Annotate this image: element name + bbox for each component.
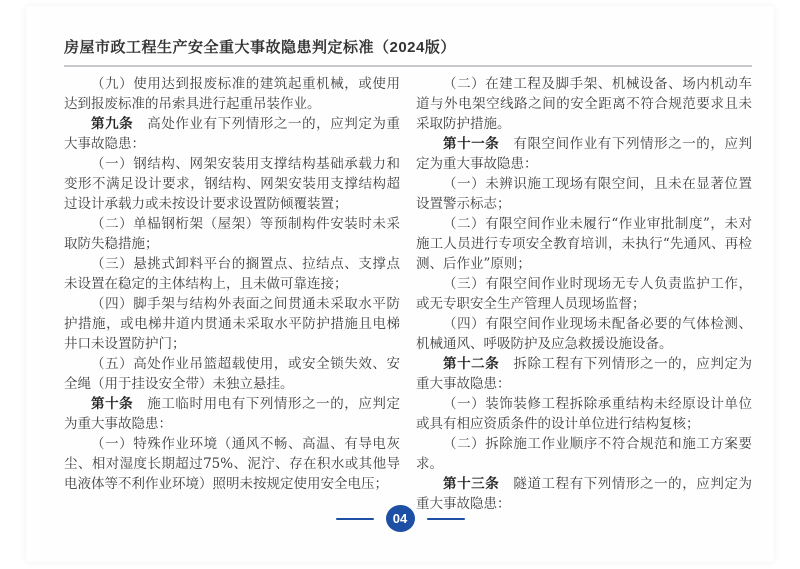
paragraph: （四）有限空间作业现场未配备必要的气体检测、机械通风、呼吸防护及应急救援设施设备… [416,314,752,354]
paragraph: 第十一条 有限空间作业有下列情形之一的，应判定为重大事故隐患： [416,134,752,174]
header-rule [64,65,752,67]
document-footer: 04 [26,505,774,532]
text-columns: （九）使用达到报废标准的建筑起重机械，或使用达到报废标准的吊索具进行起重吊装作业… [64,74,752,514]
page-number-badge: 04 [386,505,415,532]
paragraph: 第十二条 拆除工程有下列情形之一的，应判定为重大事故隐患： [416,354,752,394]
document-title: 房屋市政工程生产安全重大事故隐患判定标准（2024版） [64,36,746,57]
article-heading: 第十一条 [443,136,499,151]
dash-left-icon [336,518,374,520]
paragraph: （二）拆除施工作业顺序不符合规范和施工方案要求。 [416,434,752,474]
column-right: （二）在建工程及脚手架、机械设备、场内机动车道与外电架空线路之间的安全距离不符合… [416,74,752,514]
article-heading: 第十二条 [443,356,499,371]
paragraph: （一）特殊作业环境（通风不畅、高温、有导电灰尘、相对湿度长期超过75%、泥泞、存… [64,434,400,494]
paragraph: （一）未辨识施工现场有限空间，且未在显著位置设置警示标志； [416,174,752,214]
document-page: 房屋市政工程生产安全重大事故隐患判定标准（2024版） （九）使用达到报废标准的… [26,6,774,562]
article-heading: 第九条 [91,116,133,131]
document-header: 房屋市政工程生产安全重大事故隐患判定标准（2024版） [64,36,746,67]
article-heading: 第十三条 [443,476,499,491]
dash-right-icon [427,518,465,520]
scanned-document-page: { "header": { "title": "房屋市政工程生产安全重大事故隐患… [0,0,800,569]
paragraph: （五）高处作业吊篮超载使用，或安全锁失效、安全绳（用于挂设安全带）未独立悬挂。 [64,354,400,394]
paragraph: 第十条 施工临时用电有下列情形之一的，应判定为重大事故隐患： [64,394,400,434]
paragraph: （一）钢结构、网架安装用支撑结构基础承载力和变形不满足设计要求，钢结构、网架安装… [64,154,400,214]
paragraph: （二）单榀钢桁架（屋架）等预制构件安装时未采取防失稳措施； [64,214,400,254]
article-heading: 第十条 [91,396,133,411]
paragraph: （二）有限空间作业未履行“作业审批制度”，未对施工人员进行专项安全教育培训，未执… [416,214,752,274]
paragraph: 第九条 高处作业有下列情形之一的，应判定为重大事故隐患： [64,114,400,154]
paragraph: （二）在建工程及脚手架、机械设备、场内机动车道与外电架空线路之间的安全距离不符合… [416,74,752,134]
paragraph: （三）有限空间作业时现场无专人负责监护工作，或无专职安全生产管理人员现场监督； [416,274,752,314]
paragraph: （九）使用达到报废标准的建筑起重机械，或使用达到报废标准的吊索具进行起重吊装作业… [64,74,400,114]
column-left: （九）使用达到报废标准的建筑起重机械，或使用达到报废标准的吊索具进行起重吊装作业… [64,74,400,514]
paragraph: （四）脚手架与结构外表面之间贯通未采取水平防护措施，或电梯井道内贯通未采取水平防… [64,294,400,354]
paragraph: （三）悬挑式卸料平台的搁置点、拉结点、支撑点未设置在稳定的主体结构上，且未做可靠… [64,254,400,294]
paragraph: （一）装饰装修工程拆除承重结构未经原设计单位或具有相应资质条件的设计单位进行结构… [416,394,752,434]
